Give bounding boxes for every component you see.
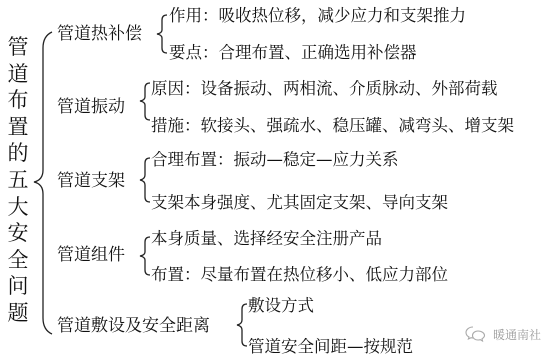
category-laying-and-safety-distance: 管道敷设及安全距离 <box>57 316 210 336</box>
wechat-icon <box>465 325 487 343</box>
leaf-item: 要点：合理布置、正确选用补偿器 <box>169 43 417 63</box>
category-thermal-compensation: 管道热补偿 <box>57 24 142 44</box>
category-pipe-supports: 管道支架 <box>57 171 125 191</box>
leaf-item: 原因：设备振动、两相流、介质脉动、外部荷载 <box>151 79 498 99</box>
leaf-item: 敷设方式 <box>248 296 314 316</box>
leaf-item: 措施：软接头、强疏水、稳压罐、减弯头、增支架 <box>151 116 514 136</box>
category-pipe-vibration: 管道振动 <box>57 97 125 117</box>
watermark: 暖通南社 <box>465 325 541 343</box>
brace-cat-1 <box>157 15 167 53</box>
brace-cat-3 <box>140 158 150 202</box>
brace-cat-2 <box>140 83 150 120</box>
leaf-item: 布置：尽量布置在热位移小、低应力部位 <box>151 265 448 285</box>
leaf-item: 支架本身强度、尤其固定支架、导向支架 <box>151 193 448 213</box>
brace-cat-4 <box>140 237 150 275</box>
watermark-text: 暖通南社 <box>493 326 541 343</box>
main-brace <box>34 32 52 334</box>
leaf-item: 管道安全间距—按规范 <box>248 337 413 357</box>
leaf-item: 作用：吸收热位移，减少应力和支架推力 <box>169 6 466 26</box>
brace-cat-5 <box>237 304 247 346</box>
leaf-item: 本身质量、选择经安全注册产品 <box>151 229 382 249</box>
category-pipe-components: 管道组件 <box>57 245 125 265</box>
leaf-item: 合理布置：振动—稳定—应力关系 <box>151 150 399 170</box>
